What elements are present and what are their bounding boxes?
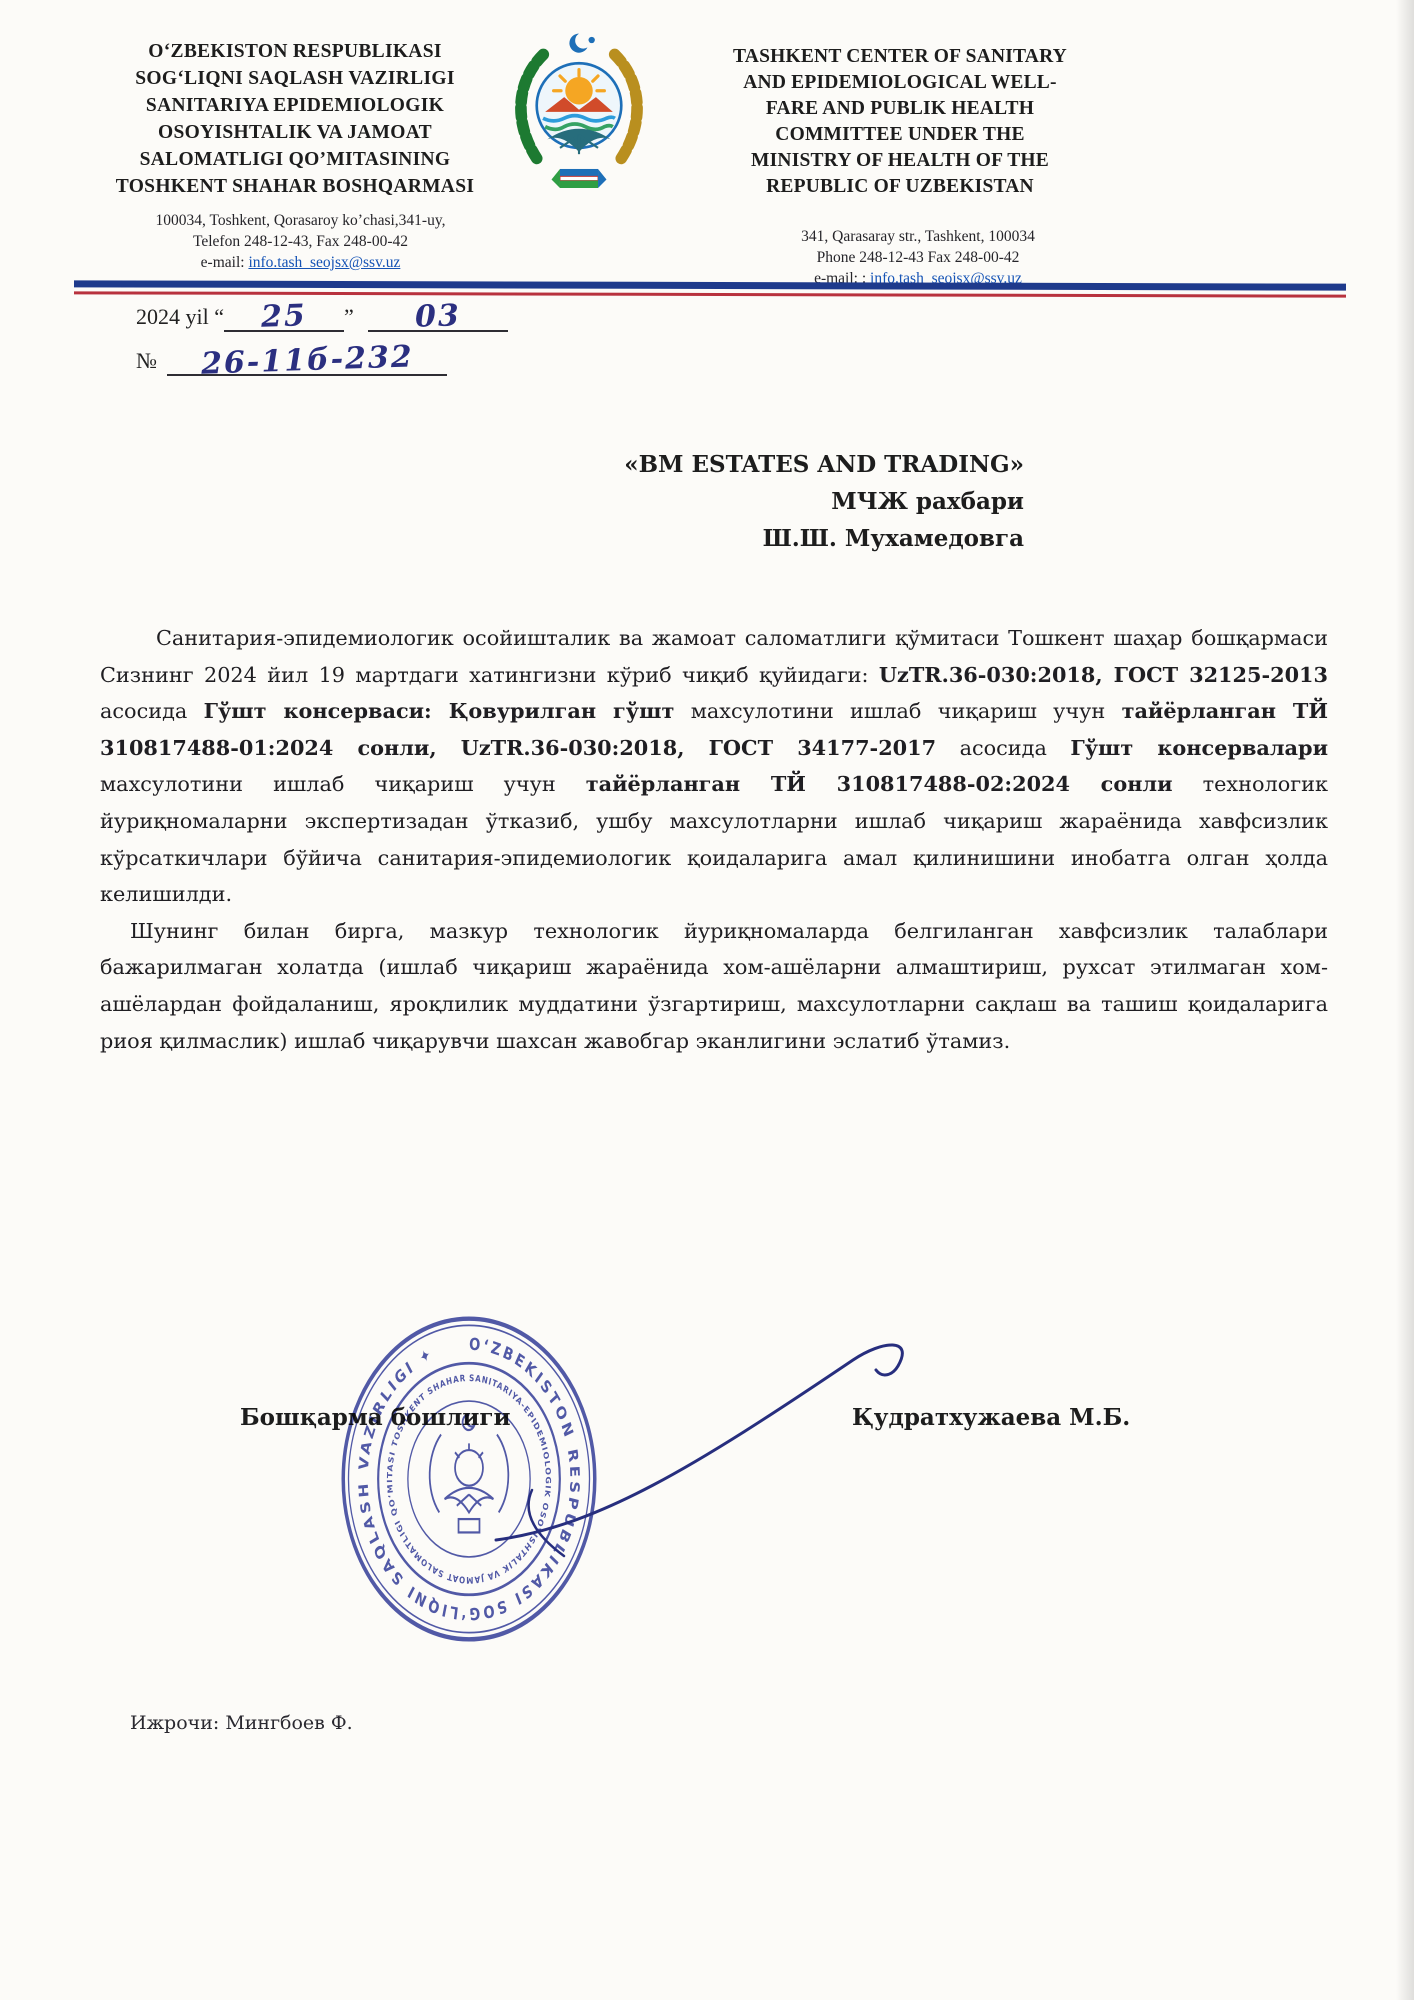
body-paragraph: Шунинг билан бирга, мазкур технологик йу… (100, 913, 1328, 1059)
body-text-run: Гўшт консервалари (1070, 735, 1328, 760)
body-text-run: махсулотини ишлаб чиқариш учун (674, 699, 1121, 723)
body-text-run: махсулотини ишлаб чиқариш учун (100, 772, 586, 796)
number-line: №26-11б-232 (136, 344, 508, 388)
body-text-run: асосида (100, 699, 204, 723)
scanned-letter-page: O‘ZBEKISTON RESPUBLIKASI SOG‘LIQNI SAQLA… (0, 0, 1414, 2000)
signatory-name: Қудратхужаева М.Б. (852, 1404, 1130, 1431)
divider-blue-rule (74, 280, 1346, 290)
org-name-uzbek: O‘ZBEKISTON RESPUBLIKASI SOG‘LIQNI SAQLA… (95, 38, 495, 200)
divider-red-rule (74, 291, 1346, 297)
number-label: № (136, 348, 157, 373)
org-uz-line: SALOMATLIGI QO’MITASINING (95, 146, 495, 173)
date-day-field: 25 (224, 300, 344, 332)
org-en-line: TASHKENT CENTER OF SANITARY (688, 44, 1112, 70)
recipient-block: «BM ESTATES AND TRADING» МЧЖ рахбари Ш.Ш… (560, 446, 1024, 557)
executor-line: Ижрочи: Мингбоев Ф. (130, 1712, 353, 1734)
body-text-run: UzTR.36-030:2018, ГОСТ 32125-2013 (879, 662, 1328, 687)
org-uz-line: SOG‘LIQNI SAQLASH VAZIRLIGI (95, 65, 495, 92)
org-en-line: COMMITTEE UNDER THE (688, 122, 1112, 148)
date-prefix: 2024 yil “ (136, 304, 224, 329)
phone-line: Telefon 248-12-43, Fax 248-00-42 (128, 231, 473, 252)
org-en-line: MINISTRY OF HEALTH OF THE (688, 148, 1112, 174)
official-stamp-icon: O‘ZBEKISTON RESPUBLIKASI SOG‘LIQNI SAQLA… (338, 1312, 600, 1646)
scan-edge-shadow (1396, 0, 1414, 2000)
address-line: 341, Qarasaray str., Tashkent, 100034 (742, 226, 1094, 247)
date-line: 2024 yil “25”03 (136, 300, 508, 344)
body-text-run: Шунинг билан бирга, мазкур технологик йу… (100, 919, 1328, 1053)
org-name-english: TASHKENT CENTER OF SANITARY AND EPIDEMIO… (688, 44, 1112, 200)
handwritten-day: 25 (261, 301, 308, 333)
handwritten-month: 03 (414, 301, 461, 333)
email-label: e-mail: (201, 254, 249, 271)
contact-block-uzbek: 100034, Toshkent, Qorasaroy ko’chasi,341… (128, 210, 473, 273)
org-uz-line: TOSHKENT SHAHAR BOSHQARMASI (95, 173, 495, 200)
org-uz-line: OSOYISHTALIK VA JAMOAT (95, 119, 495, 146)
recipient-company: «BM ESTATES AND TRADING» (560, 446, 1024, 483)
org-uz-line: SANITARIYA EPIDEMIOLOGIK (95, 92, 495, 119)
body-paragraph: Санитария-эпидемиологик осойишталик ва ж… (100, 620, 1328, 913)
org-en-line: AND EPIDEMIOLOGICAL WELL- (688, 70, 1112, 96)
uzbekistan-coat-of-arms-icon (505, 28, 653, 200)
org-en-line: FARE AND PUBLIK HEALTH (688, 96, 1112, 122)
number-field: 26-11б-232 (167, 344, 447, 376)
recipient-person: Ш.Ш. Мухамедовга (560, 520, 1024, 557)
email-line: e-mail: info.tash_seojsx@ssv.uz (128, 252, 473, 273)
address-line: 100034, Toshkent, Qorasaroy ko’chasi,341… (128, 210, 473, 231)
org-uz-line: O‘ZBEKISTON RESPUBLIKASI (95, 38, 495, 65)
date-month-field: 03 (368, 300, 508, 332)
org-en-line: REPUBLIC OF UZBEKISTAN (688, 174, 1112, 200)
handwritten-number: 26-11б-232 (200, 342, 414, 379)
letter-body: Санитария-эпидемиологик осойишталик ва ж… (100, 620, 1328, 1059)
phone-line: Phone 248-12-43 Fax 248-00-42 (742, 247, 1094, 268)
recipient-role: МЧЖ рахбари (560, 483, 1024, 520)
email-link[interactable]: info.tash_seojsx@ssv.uz (248, 254, 400, 271)
body-text-run: Гўшт консерваси: Қовурилган гўшт (204, 698, 675, 723)
date-close-quote: ” (344, 304, 354, 329)
contact-block-english: 341, Qarasaray str., Tashkent, 100034 Ph… (742, 226, 1094, 289)
reference-block: 2024 yil “25”03 №26-11б-232 (136, 300, 508, 388)
body-text-run: асосида (936, 736, 1070, 760)
body-text-run: тайёрланган ТЙ 310817488-02:2024 сонли (586, 771, 1173, 796)
